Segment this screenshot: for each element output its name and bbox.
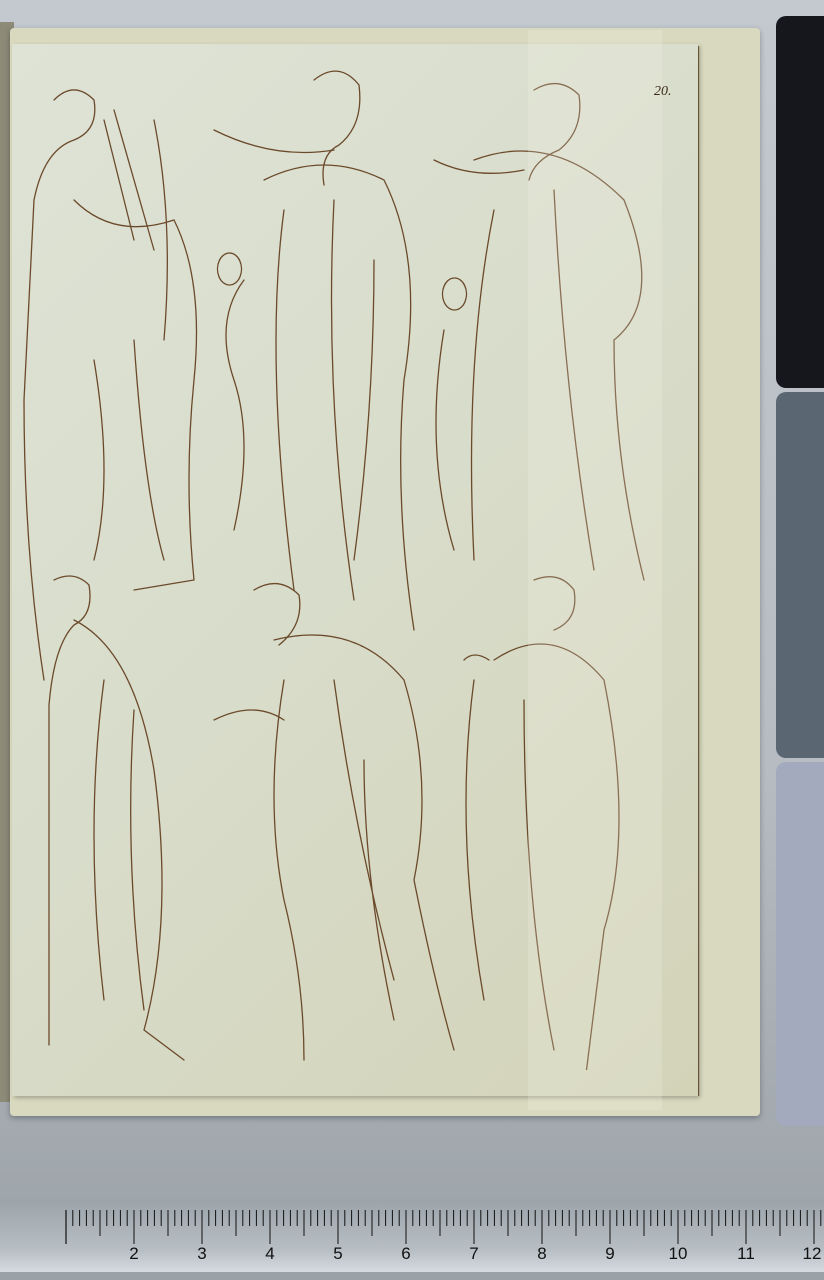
ruler-label: 3	[197, 1244, 206, 1264]
folio-number: 20.	[654, 84, 672, 100]
color-swatch-light-grey	[776, 762, 824, 1126]
ruler-label: 4	[265, 1244, 274, 1264]
ruler-label: 9	[605, 1244, 614, 1264]
ruler-ticks	[0, 1210, 824, 1250]
ruler-label: 5	[333, 1244, 342, 1264]
color-swatch-black	[776, 16, 824, 388]
conservation-tape	[528, 30, 662, 1110]
ruler-label: 6	[401, 1244, 410, 1264]
lower-figure-center	[214, 584, 454, 1060]
ruler-label: 12	[803, 1244, 822, 1264]
ruler-label: 11	[737, 1244, 755, 1264]
ruler-label: 8	[537, 1244, 546, 1264]
ruler-label: 2	[129, 1244, 138, 1264]
lower-figure-left	[49, 576, 184, 1060]
measuring-ruler: 2 3 4 5 6 7 8 9 10 11 12	[0, 1200, 824, 1272]
ruler-label: 7	[469, 1244, 478, 1264]
upper-figure-left	[24, 90, 197, 680]
upper-figure-center	[214, 71, 414, 630]
color-swatch-dark-grey	[776, 392, 824, 758]
ruler-label: 10	[669, 1244, 688, 1264]
